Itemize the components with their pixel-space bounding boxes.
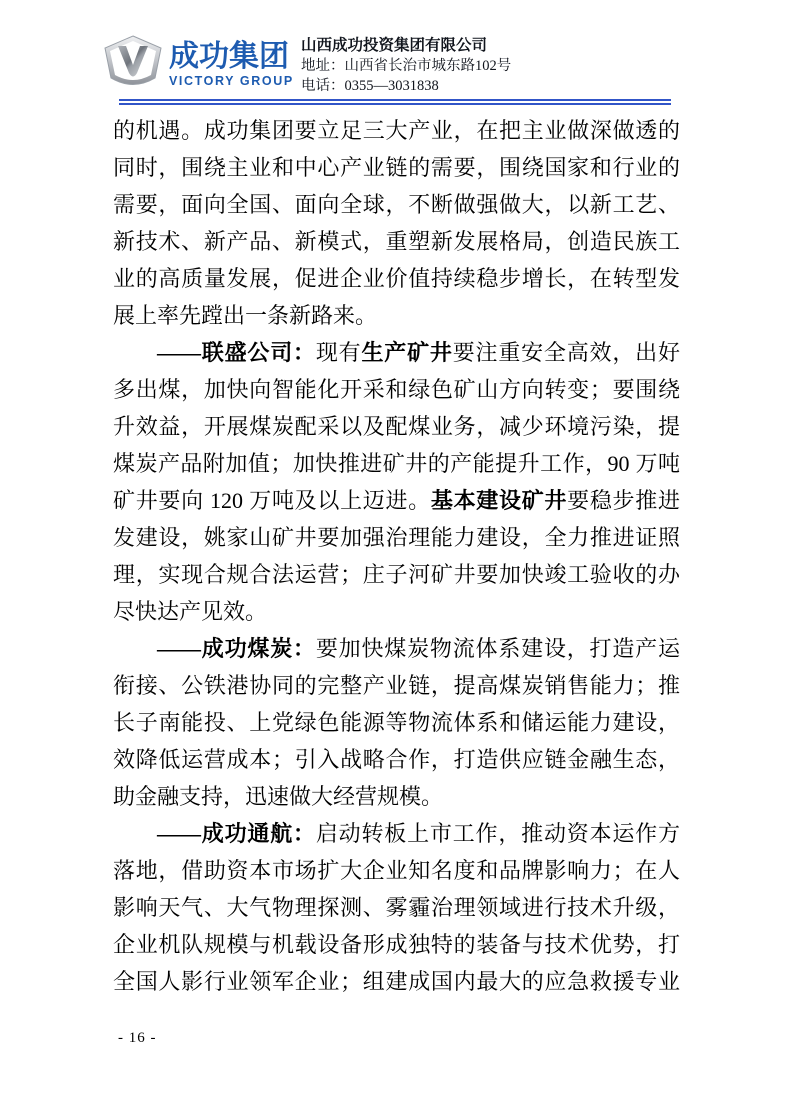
text-line: 理，实现合规合法运营；庄子河矿井要加快竣工验收的办理， (113, 556, 680, 593)
text-run: 发建设，姚家山矿井要加强治理能力建设，全力推进证照办 (113, 525, 680, 556)
text-line: ——联盛公司：现有生产矿井要注重安全高效，出好煤、 (113, 334, 680, 371)
text-run: 多出煤，加快向智能化开采和绿色矿山方向转变；要围绕提 (113, 377, 680, 408)
text-line: 长子南能投、上党绿色能源等物流体系和储运能力建设，有 (113, 704, 680, 741)
text-run: 落地，借助资本市场扩大企业知名度和品牌影响力；在人工 (113, 858, 680, 889)
text-line: ——成功煤炭：要加快煤炭物流体系建设，打造产运销 (113, 630, 680, 667)
company-phone: 电话：0355—3031838 (301, 76, 511, 96)
text-run: 助金融支持，迅速做大经营规模。 (113, 784, 443, 809)
text-line: 发建设，姚家山矿井要加强治理能力建设，全力推进证照办 (113, 519, 680, 556)
text-line: 尽快达产见效。 (113, 593, 680, 630)
text-line: 效降低运营成本；引入战略合作，打造供应链金融生态，借 (113, 741, 680, 778)
text-run: 影响天气、大气物理探测、雾霾治理领域进行技术升级，使 (113, 895, 680, 926)
text-run-bold: ——成功通航： (157, 821, 316, 846)
victory-emblem-icon (101, 35, 165, 91)
text-line: 同时，围绕主业和中心产业链的需要，围绕国家和行业的 (113, 149, 680, 186)
text-line: 影响天气、大气物理探测、雾霾治理领域进行技术升级，使 (113, 889, 680, 926)
text-line: 需要，面向全国、面向全球，不断做强做大，以新工艺、 (113, 186, 680, 223)
text-line: 的机遇。成功集团要立足三大产业，在把主业做深做透的 (113, 112, 680, 149)
text-line: 煤炭产品附加值；加快推进矿井的产能提升工作，90 万吨的 (113, 445, 680, 482)
text-run: 升效益，开展煤炭配采以及配煤业务，减少环境污染，提高 (113, 414, 680, 445)
text-line: 展上率先蹚出一条新路来。 (113, 297, 680, 334)
text-run: 煤炭产品附加值；加快推进矿井的产能提升工作，90 万吨的 (113, 451, 680, 482)
text-run-bold: ——成功煤炭： (157, 636, 316, 661)
text-run: 需要，面向全国、面向全球，不断做强做大，以新工艺、 (113, 192, 680, 217)
text-run-bold: 生产矿井 (361, 340, 452, 365)
letterhead-header: 成功集团 VICTORY GROUP 山西成功投资集团有限公司 地址：山西省长治… (0, 0, 790, 108)
text-run: 新技术、新产品、新模式，重塑新发展格局，创造民族工 (113, 229, 680, 254)
text-run: 尽快达产见效。 (113, 599, 267, 624)
text-line: 升效益，开展煤炭配采以及配煤业务，减少环境污染，提高 (113, 408, 680, 445)
brand-name-cn: 成功集团 (169, 40, 299, 74)
text-line: 落地，借助资本市场扩大企业知名度和品牌影响力；在人工 (113, 852, 680, 889)
text-run: 业的高质量发展，促进企业价值持续稳步增长，在转型发 (113, 266, 680, 291)
company-address: 地址：山西省长治市城东路102号 (301, 56, 511, 76)
text-line: 多出煤，加快向智能化开采和绿色矿山方向转变；要围绕提 (113, 371, 680, 408)
brand-block: 成功集团 VICTORY GROUP (169, 40, 299, 89)
document-body: 的机遇。成功集团要立足三大产业，在把主业做深做透的同时，围绕主业和中心产业链的需… (113, 112, 680, 1000)
text-line: 助金融支持，迅速做大经营规模。 (113, 778, 680, 815)
text-line: 全国人影行业领军企业；组建成国内最大的应急救援专业机 (113, 963, 680, 1000)
page-number: - 16 - (118, 1030, 157, 1047)
header-divider-rule (119, 99, 671, 105)
text-line: 衔接、公铁港协同的完整产业链，提高煤炭销售能力；推进 (113, 667, 680, 704)
text-line: 业的高质量发展，促进企业价值持续稳步增长，在转型发 (113, 260, 680, 297)
company-info: 山西成功投资集团有限公司 地址：山西省长治市城东路102号 电话：0355—30… (301, 35, 511, 96)
brand-name-en: VICTORY GROUP (169, 74, 299, 89)
company-name: 山西成功投资集团有限公司 (301, 35, 511, 56)
text-run: 效降低运营成本；引入战略合作，打造供应链金融生态，借 (113, 747, 680, 778)
text-run: 理，实现合规合法运营；庄子河矿井要加快竣工验收的办理， (113, 562, 680, 593)
text-line: 矿井要向 120 万吨及以上迈进。基本建设矿井要稳步推进开 (113, 482, 680, 519)
document-page: { "header": { "logo": { "brand_cn": "成功集… (0, 0, 790, 1118)
text-run: 全国人影行业领军企业；组建成国内最大的应急救援专业机 (113, 969, 680, 1000)
text-run: 长子南能投、上党绿色能源等物流体系和储运能力建设，有 (113, 710, 680, 741)
text-run: 现有 (316, 340, 362, 365)
text-line: 企业机队规模与机载设备形成独特的装备与技术优势，打造 (113, 926, 680, 963)
text-run: 衔接、公铁港协同的完整产业链，提高煤炭销售能力；推进 (113, 673, 680, 704)
text-run: 同时，围绕主业和中心产业链的需要，围绕国家和行业的 (113, 155, 680, 180)
text-run-bold: 基本建设矿井 (431, 488, 567, 513)
text-run: 的机遇。成功集团要立足三大产业，在把主业做深做透的 (113, 118, 680, 143)
text-line: 新技术、新产品、新模式，重塑新发展格局，创造民族工 (113, 223, 680, 260)
text-run: 展上率先蹚出一条新路来。 (113, 303, 377, 328)
text-run-bold: ——联盛公司： (157, 340, 316, 365)
text-run: 矿井要向 120 万吨及以上迈进。 (113, 488, 431, 513)
text-run: 企业机队规模与机载设备形成独特的装备与技术优势，打造 (113, 932, 680, 963)
text-line: ——成功通航：启动转板上市工作，推动资本运作方案 (113, 815, 680, 852)
